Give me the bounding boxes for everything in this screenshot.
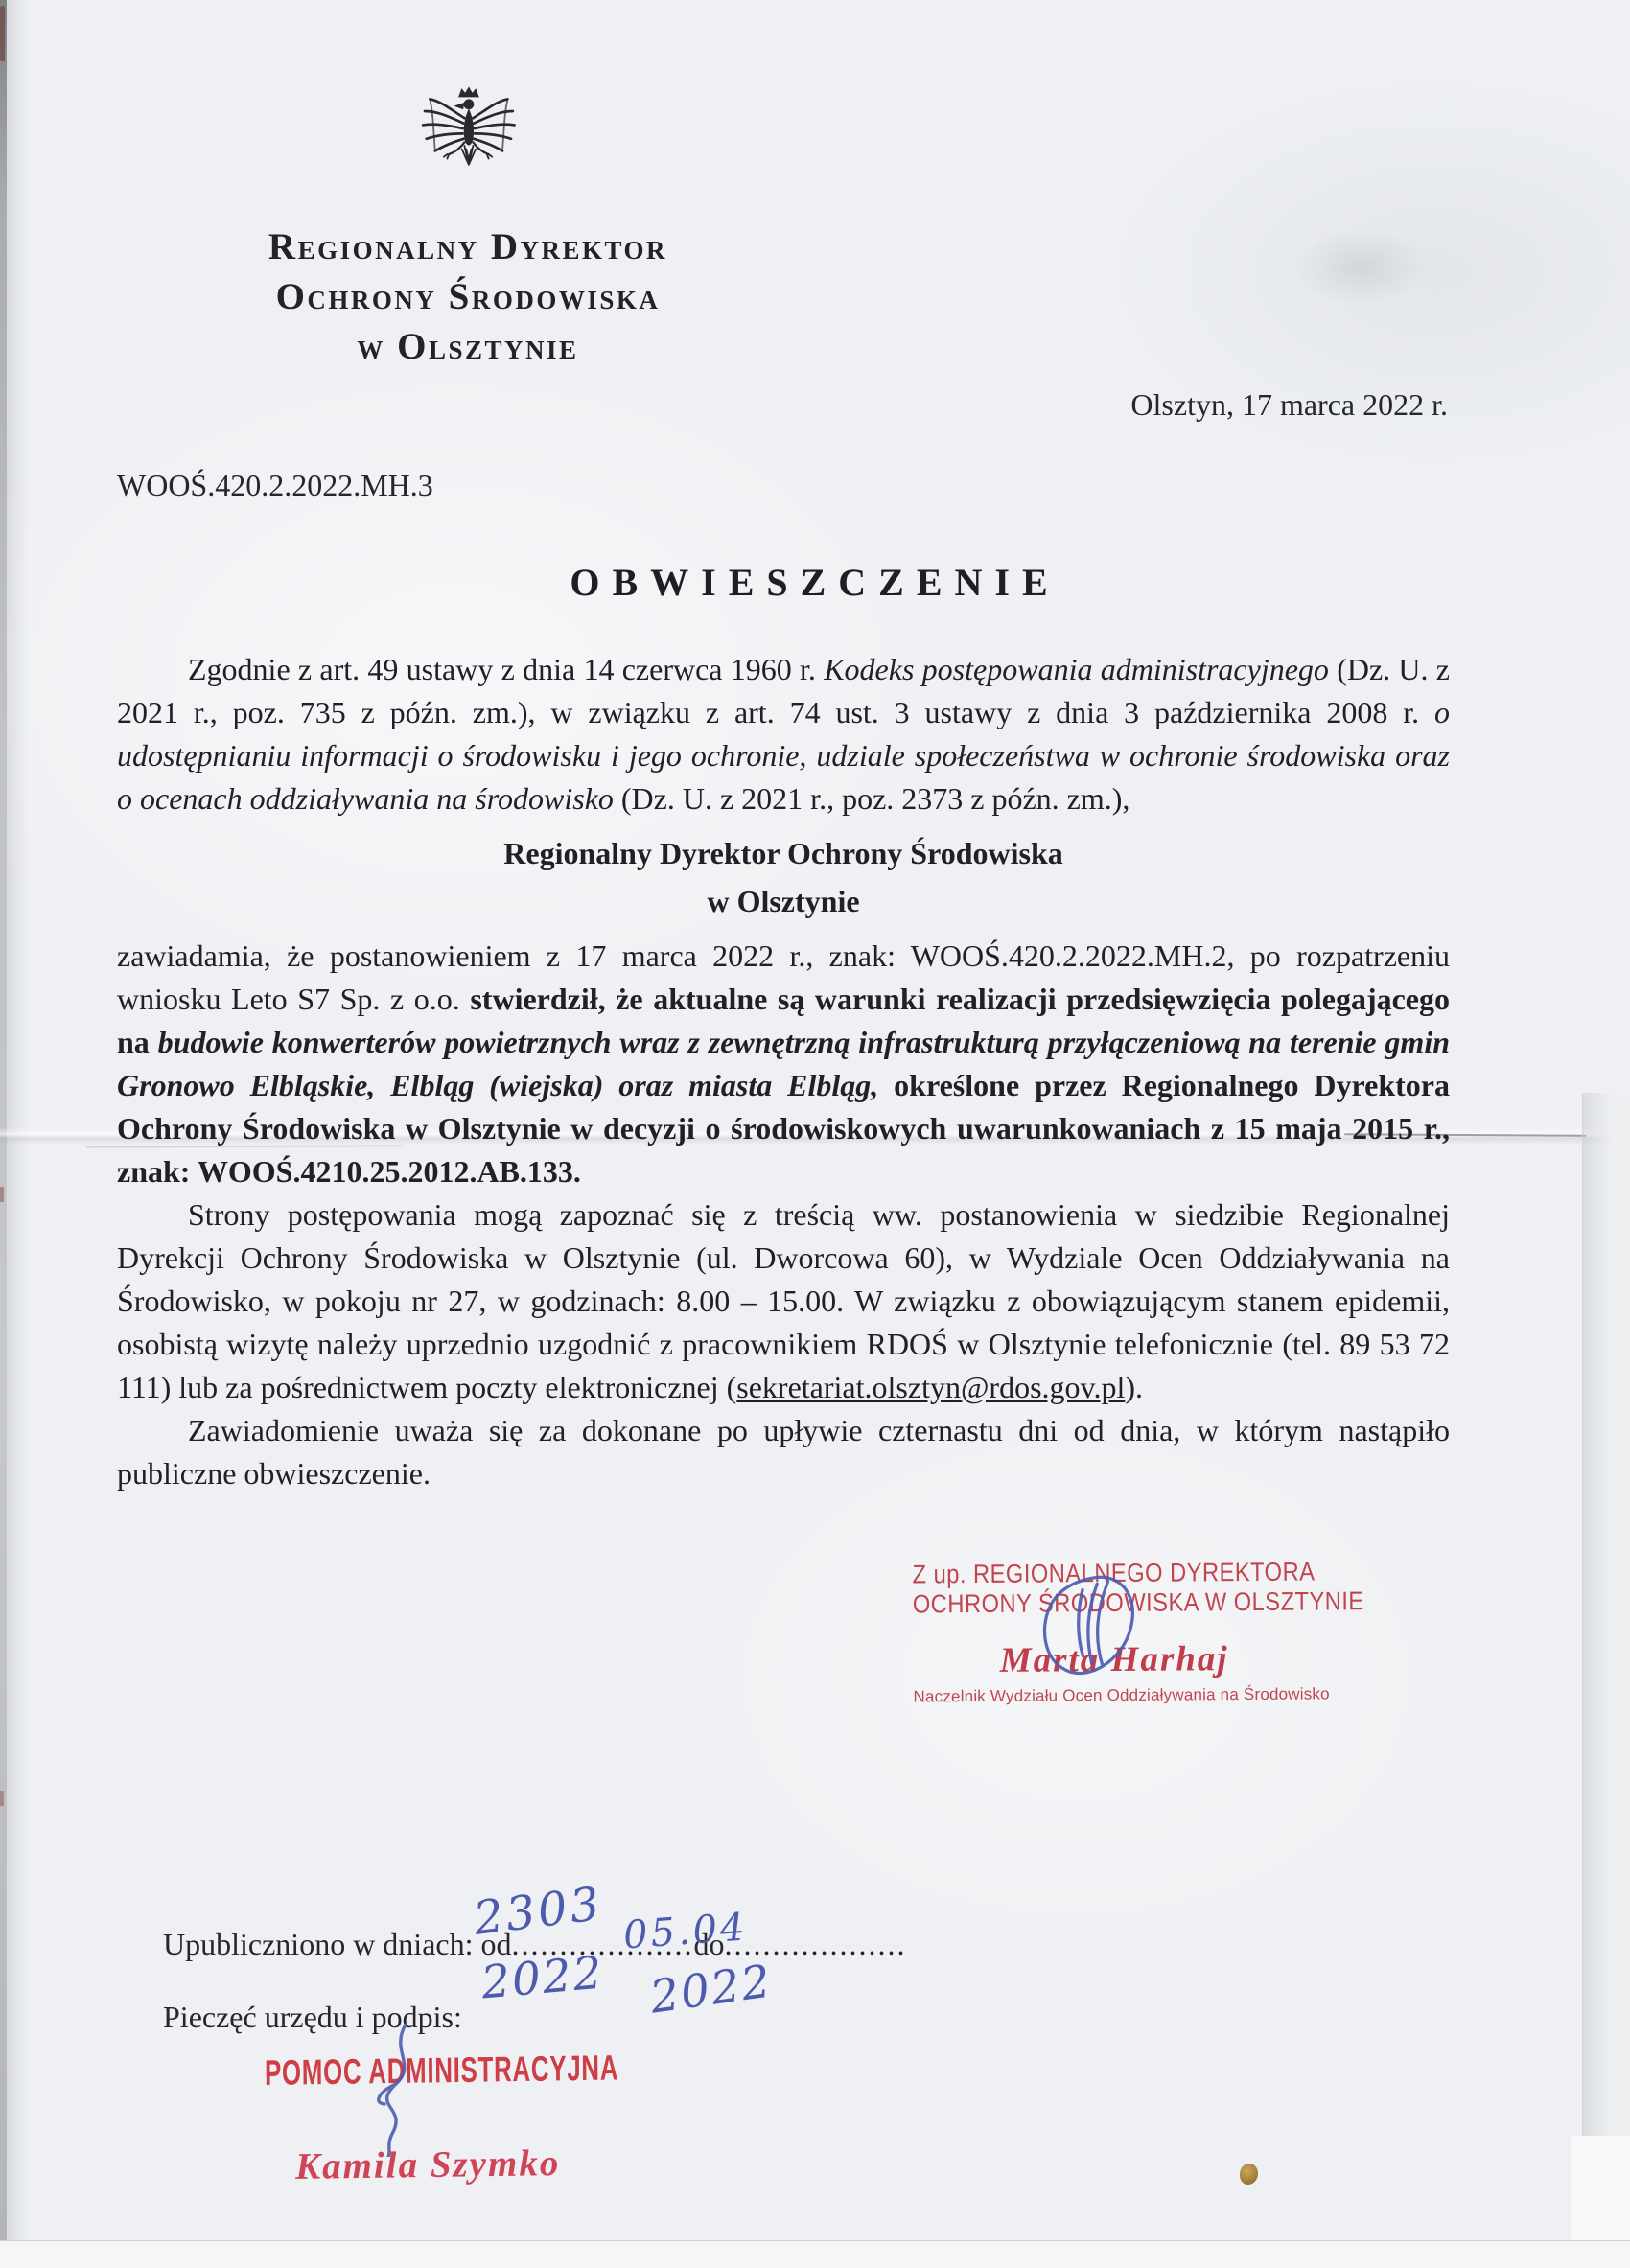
signature-stroke <box>361 2023 439 2157</box>
document-title: OBWIESZCZENIE <box>10 560 1620 605</box>
dotted-leader: ................... <box>724 1927 906 1961</box>
scan-corner <box>1571 2136 1630 2243</box>
text-run-italic: Kodeks postępowania administracyjnego <box>824 652 1329 686</box>
signature-scribble <box>1036 1572 1150 1688</box>
paragraph-effective-date: Zawiadomienie uważa się za dokonane po u… <box>117 1409 1450 1495</box>
letterhead-line2: Ochrony Środowiska <box>161 272 775 322</box>
letterhead-line3: w Olsztynie <box>161 322 775 372</box>
handwritten-date-to-day: 05.04 <box>622 1906 749 1958</box>
edge-ink-mark <box>0 1187 4 1202</box>
center-heading-authority: Regionalny Dyrektor Ochrony Środowiska w… <box>117 829 1450 925</box>
admin-assistance-stamp: POMOC ADMINISTRACYJNA <box>265 2048 618 2094</box>
place-date: Olsztyn, 17 marca 2022 r. <box>1130 387 1448 423</box>
paragraph-notification: zawiadamia, że postanowieniem z 17 marca… <box>117 935 1450 1193</box>
handwritten-date-to-year: 2022 <box>647 1955 776 2024</box>
paper-speck <box>1240 2164 1258 2185</box>
scan-edge-bottom <box>0 2240 1630 2268</box>
paragraph-access-info: Strony postępowania mogą zapoznać się z … <box>117 1193 1450 1409</box>
publication-label: Upubliczniono w dniach: od <box>163 1927 511 1961</box>
email-address: sekretariat.olsztyn@rdos.gov.pl <box>736 1370 1125 1404</box>
polish-eagle-icon <box>416 81 520 194</box>
letterhead: Regionalny Dyrektor Ochrony Środowiska w… <box>161 81 775 372</box>
edge-ink-mark <box>0 1791 4 1806</box>
letterhead-line1: Regionalny Dyrektor <box>161 222 775 272</box>
document-body: Zgodnie z art. 49 ustawy z dnia 14 czerw… <box>117 648 1450 1495</box>
signer-title-stamp: Naczelnik Wydziału Ocen Oddziaływania na… <box>913 1685 1316 1707</box>
clerk-name-stamp: Kamila Szymko <box>295 2141 561 2188</box>
paper-smudge <box>1294 228 1429 305</box>
authority-line1: Regionalny Dyrektor Ochrony Środowiska <box>117 829 1450 877</box>
authority-line2: w Olsztynie <box>117 877 1450 925</box>
polish-eagle-emblem <box>161 81 775 201</box>
edge-ink-mark <box>0 6 5 61</box>
case-number: WOOŚ.420.2.2022.MH.3 <box>117 468 433 503</box>
authorization-stamp: Z up. REGIONALNEGO DYREKTORA OCHRONY ŚRO… <box>912 1558 1316 1707</box>
text-run: Zgodnie z art. 49 ustawy z dnia 14 czerw… <box>188 652 824 686</box>
text-run: ). <box>1125 1370 1143 1404</box>
text-run: Zawiadomienie uważa się za dokonane po u… <box>117 1413 1450 1491</box>
paper-right-edge <box>1582 1093 1630 2243</box>
letterhead-text: Regionalny Dyrektor Ochrony Środowiska w… <box>161 222 775 372</box>
handwritten-date-from-year: 2022 <box>479 1947 606 2010</box>
paper-sheet: Regionalny Dyrektor Ochrony Środowiska w… <box>0 0 1630 2268</box>
text-run: (Dz. U. z 2021 r., poz. 2373 z późn. zm.… <box>614 781 1130 816</box>
paragraph-legal-basis: Zgodnie z art. 49 ustawy z dnia 14 czerw… <box>117 648 1450 821</box>
